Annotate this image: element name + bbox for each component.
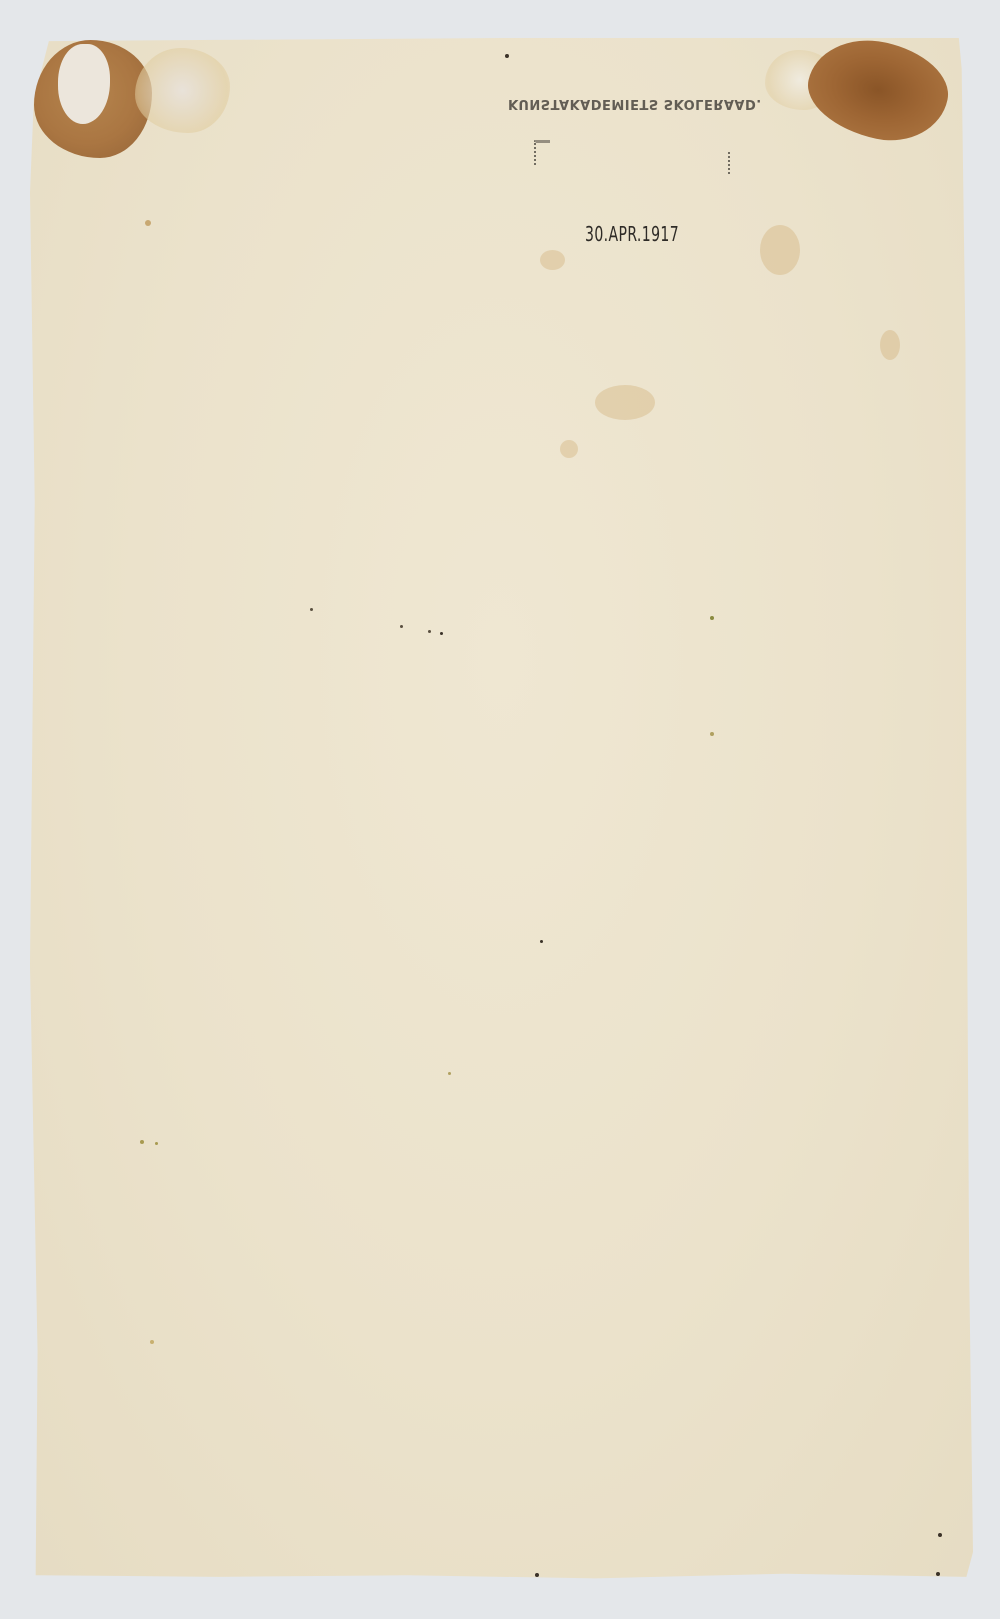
speck bbox=[938, 1533, 942, 1537]
speck bbox=[150, 1340, 154, 1344]
speck bbox=[535, 1573, 539, 1577]
stamp-mark bbox=[728, 152, 744, 174]
speck bbox=[155, 1142, 158, 1145]
speck bbox=[145, 220, 151, 226]
speck bbox=[400, 625, 403, 628]
foxing-spot bbox=[760, 225, 800, 275]
foxing-spot bbox=[560, 440, 578, 458]
speck bbox=[540, 940, 543, 943]
stamp-mark bbox=[534, 140, 550, 165]
speck bbox=[140, 1140, 144, 1144]
paper-sheet bbox=[30, 38, 973, 1583]
speck bbox=[936, 1572, 940, 1576]
institution-stamp: KUNSTAKADEMIETS SKOLERAAD. bbox=[508, 96, 762, 111]
speck bbox=[710, 732, 714, 736]
speck bbox=[428, 630, 431, 633]
speck bbox=[505, 54, 509, 58]
speck bbox=[310, 608, 313, 611]
speck bbox=[440, 632, 443, 635]
stain-top-left-faded bbox=[135, 48, 230, 133]
date-stamp: 30.APR.1917 bbox=[585, 222, 679, 246]
speck bbox=[710, 616, 714, 620]
foxing-spot bbox=[595, 385, 655, 420]
foxing-spot bbox=[540, 250, 565, 270]
speck bbox=[448, 1072, 451, 1075]
foxing-spot bbox=[880, 330, 900, 360]
